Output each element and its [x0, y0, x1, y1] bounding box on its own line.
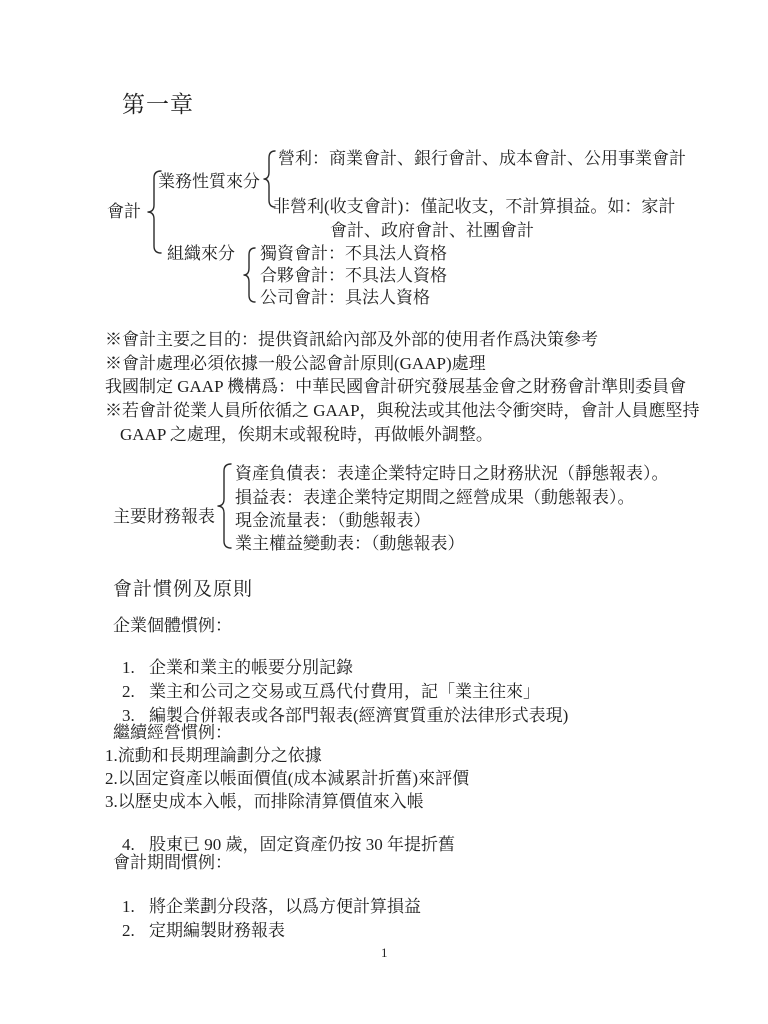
subheading-going-concern: 繼續經營慣例： [113, 723, 232, 743]
subheading-entity-convention: 企業個體慣例： [113, 616, 232, 636]
statement-line-equity: 業主權益變動表：（動態報表） [235, 534, 465, 554]
list-item-text: 編製合併報表或各部門報表(經濟實質重於法律形式表現) [149, 706, 568, 725]
statement-line-balance-sheet: 資產負債表：表達企業特定時日之財務狀況（靜態報表）。 [235, 464, 669, 484]
curly-brace-icon [216, 463, 232, 549]
subheading-accounting-period: 會計期間慣例： [113, 853, 232, 873]
tree-root-accounting: 會計 [107, 202, 141, 222]
list-item: 2.定期編製財務報表 [105, 901, 285, 960]
tree-line-profit: 營利：商業會計、銀行會計、成本會計、公用事業會計 [278, 149, 686, 169]
note-line: ※會計處理必須依據一般公認會計原則(GAAP)處理 [105, 354, 486, 374]
tree-branch-org-label: 組織來分 [167, 244, 235, 264]
tree-line-partnership: 合夥會計：不具法人資格 [260, 266, 447, 286]
tree-line-nonprofit-cont: 會計、政府會計、社團會計 [330, 221, 534, 241]
tree-branch-business-label: 業務性質來分 [158, 172, 260, 192]
curly-brace-icon [242, 247, 256, 303]
note-line: ※若會計從業人員所依循之 GAAP，與稅法或其他法令衝突時，會計人員應堅持 [105, 401, 700, 421]
list-item: 1.流動和長期理論劃分之依據 [105, 746, 322, 766]
note-line: 我國制定 GAAP 機構爲：中華民國會計研究發展基金會之財務會計準則委員會 [105, 377, 686, 397]
chapter-title: 第一章 [122, 92, 194, 118]
list-item: 2.以固定資產以帳面價值(成本減累計折舊)來評價 [105, 769, 469, 789]
tree-line-nonprofit: 非營利(收支會計)：僅記收支，不計算損益。如：家計 [273, 197, 675, 217]
statement-line-cash-flow: 現金流量表：（動態報表） [235, 511, 431, 531]
tree-line-sole: 獨資會計：不具法人資格 [260, 244, 447, 264]
document-page: 第一章 會計 業務性質來分 營利：商業會計、銀行會計、成本會計、公用事業會計 非… [0, 0, 768, 1024]
list-item-text: 股東已 90 歲，固定資產仍按 30 年提折舊 [149, 835, 455, 854]
note-line: GAAP 之處理，俟期末或報稅時，再做帳外調整。 [120, 425, 493, 445]
note-line: ※會計主要之目的：提供資訊給內部及外部的使用者作爲決策參考 [105, 330, 598, 350]
list-item: 3.以歷史成本入帳，而排除清算價值來入帳 [105, 792, 424, 812]
statement-line-income: 損益表：表達企業特定期間之經營成果（動態報表）。 [235, 488, 635, 508]
page-number: 1 [381, 946, 388, 961]
tree-line-corporation: 公司會計：具法人資格 [260, 288, 430, 308]
list-item-text: 定期編製財務報表 [149, 921, 285, 940]
list-item-number: 4. [122, 835, 149, 855]
section-heading-conventions: 會計慣例及原則 [113, 579, 253, 601]
list-item-number: 2. [122, 921, 149, 941]
tree-root-statements: 主要財務報表 [113, 507, 215, 527]
